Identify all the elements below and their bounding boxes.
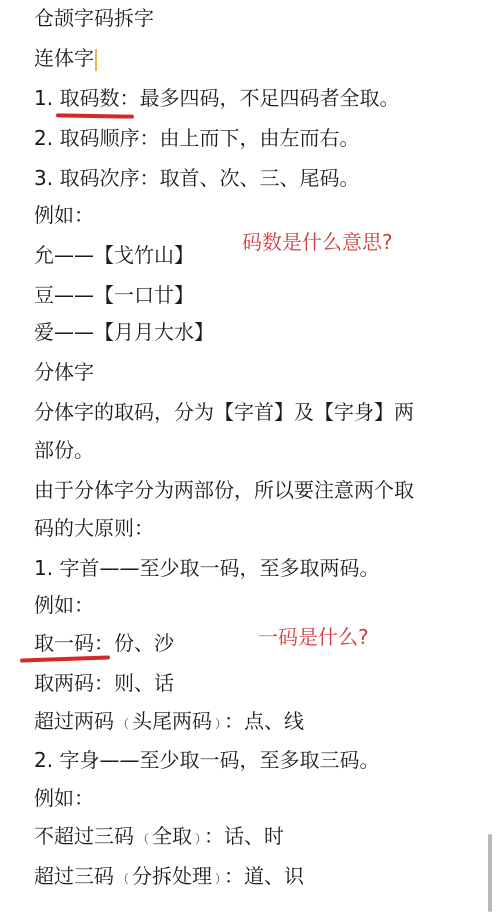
example-row: 允——【戈竹山】: [34, 243, 194, 267]
example-dash: ——: [54, 283, 94, 307]
example-row: 爱——【月月大水】: [34, 320, 214, 344]
row-text: ：点、线: [224, 709, 304, 733]
principle-1: 1. 字首——至少取一码，至多取两码。: [34, 556, 379, 580]
red-underline-mark-2: [20, 655, 110, 662]
section-heading-text: 连体字: [34, 46, 94, 70]
example-char: 爱: [34, 320, 54, 344]
example-label: 例如：: [34, 593, 94, 617]
paragraph-line: 码的大原则：: [34, 516, 154, 540]
row-prefix: 不超过三码: [34, 824, 134, 848]
row-prefix: 超过两码: [34, 709, 114, 733]
example-label: 例如：: [34, 203, 94, 227]
over-three-row: 超过三码（分拆处理）：道、识: [34, 864, 304, 888]
vertical-scrollbar[interactable]: [488, 834, 492, 912]
annotation-question-one-code: 一码是什么?: [258, 625, 369, 649]
rule-3: 3. 取码次序：取首、次、三、尾码。: [34, 166, 359, 190]
rule-1-number: 1.: [34, 86, 53, 110]
take-one-label: 取一码: [34, 631, 94, 655]
paren-open: （: [114, 717, 132, 731]
paren-open: （: [114, 872, 132, 886]
section-heading-split: 分体字: [34, 360, 94, 384]
take-two-code-row: 取两码：则、话: [34, 671, 174, 695]
example-char: 允: [34, 243, 54, 267]
rule-1-label: 取码数: [59, 86, 119, 110]
over-two-code-row: 超过两码（头尾两码）：点、线: [34, 709, 304, 733]
not-over-three-row: 不超过三码（全取）：话、时: [34, 824, 284, 848]
example-label: 例如：: [34, 786, 94, 810]
paragraph-line: 部份。: [34, 438, 94, 462]
row-note: 分拆处理: [132, 864, 212, 888]
doc-title: 仓颉字码拆字: [34, 6, 154, 30]
paragraph-line: 分体字的取码，分为【字首】及【字身】两: [34, 400, 414, 424]
example-code: 【一口廿】: [94, 283, 194, 307]
paren-close: ）: [212, 872, 224, 886]
take-one-text: ：份、沙: [94, 631, 174, 655]
rule-1: 1. 取码数：最多四码，不足四码者全取。: [34, 86, 399, 110]
paren-close: ）: [212, 717, 224, 731]
row-text: ：道、识: [224, 864, 304, 888]
row-prefix: 超过三码: [34, 864, 114, 888]
text-cursor: [95, 49, 97, 71]
red-underline-mark-1: [56, 113, 134, 118]
section-heading-connected[interactable]: 连体字: [34, 46, 97, 70]
example-row: 豆——【一口廿】: [34, 283, 194, 307]
row-note: 头尾两码: [132, 709, 212, 733]
principle-2: 2. 字身——至少取一码，至多取三码。: [34, 748, 379, 772]
paragraph-line: 由于分体字分为两部份，所以要注意两个取: [34, 478, 414, 502]
rule-2: 2. 取码顺序：由上而下，由左而右。: [34, 126, 359, 150]
example-code: 【戈竹山】: [94, 243, 194, 267]
row-note: 全取: [152, 824, 192, 848]
example-dash: ——: [54, 243, 94, 267]
row-text: ：话、时: [204, 824, 284, 848]
example-code: 【月月大水】: [94, 320, 214, 344]
example-dash: ——: [54, 320, 94, 344]
paren-close: ）: [192, 832, 204, 846]
rule-1-text: ：最多四码，不足四码者全取。: [119, 86, 399, 110]
example-char: 豆: [34, 283, 54, 307]
paren-open: （: [134, 832, 152, 846]
take-one-code-row: 取一码：份、沙: [34, 631, 174, 655]
annotation-question-code-count: 码数是什么意思?: [242, 230, 393, 254]
